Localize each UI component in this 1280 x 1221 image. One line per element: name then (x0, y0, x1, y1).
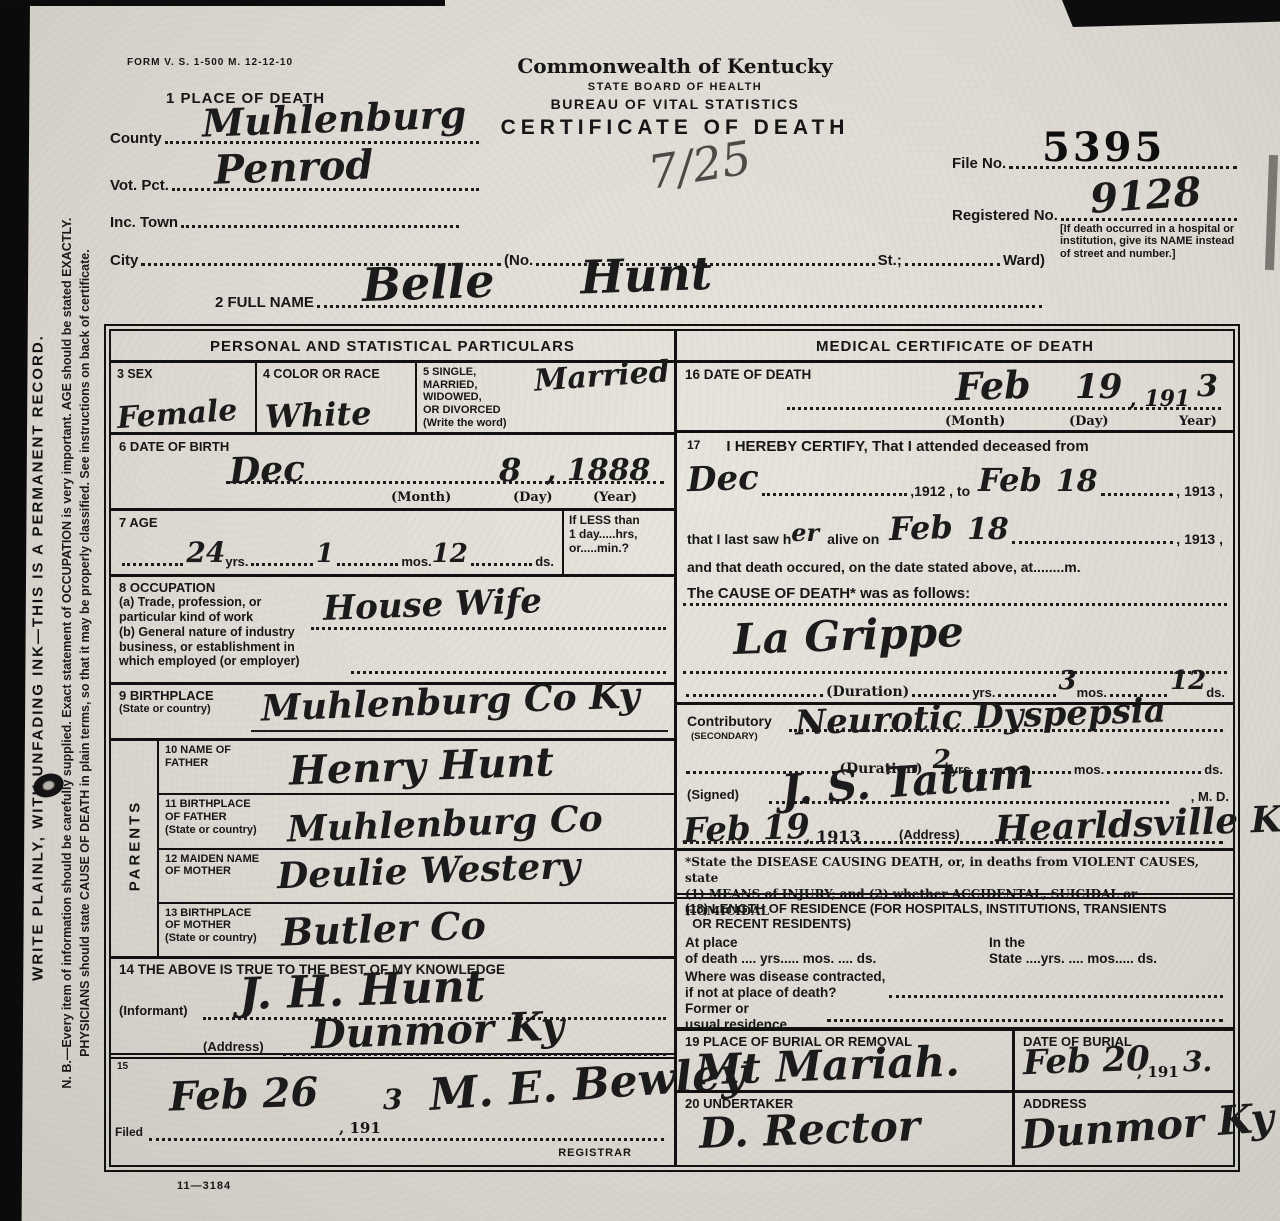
residence-former: Former or usual residence (685, 1001, 787, 1033)
race-cell: 4 COLOR OR RACE White (257, 363, 417, 432)
registered-no-label: Registered No. (952, 207, 1058, 224)
scan-blob-top-right (1062, 0, 1280, 27)
dod-year-sublabel: Year) (1179, 414, 1217, 429)
age-days-value: 12 (432, 539, 468, 569)
bureau-title: BUREAU OF VITAL STATISTICS (440, 96, 910, 112)
attended-to-month: Feb (978, 461, 1042, 499)
duration-2-ds-label: ds. (1204, 762, 1223, 777)
filed-section: 15 Filed Feb 26 , 191 3 M. E. Bewley REG… (111, 1059, 674, 1165)
undertaker-cell: 20 UNDERTAKER D. Rector (677, 1093, 1015, 1165)
age-mos-label: mos. (401, 554, 431, 569)
undertaker-value: D. Rector (698, 1101, 920, 1158)
duration-1-ds-value: 12 (1170, 666, 1206, 696)
dod-day-sublabel: (Day) (1069, 414, 1109, 429)
precinct-label: Vot. Pct. (110, 177, 169, 194)
age-section: 7 AGE 24 yrs. 1 mos. 12 ds. If LESS t (111, 511, 674, 577)
father-birthplace-row: 11 BIRTHPLACE OF FATHER (State or countr… (159, 795, 674, 849)
race-label: 4 COLOR OR RACE (263, 367, 409, 382)
duration-1-mos-value: 3 (1059, 666, 1077, 696)
father-name-row: 10 NAME OF FATHER Henry Hunt (159, 741, 674, 795)
scan-edge-top (0, 0, 445, 6)
secondary-label: (SECONDARY) (691, 731, 758, 742)
certify-section: 17 I HEREBY CERTIFY, That I attended dec… (677, 433, 1233, 705)
race-value: White (264, 394, 372, 436)
dob-month-sublabel: (Month) (391, 490, 451, 505)
last-saw-hand: er (791, 518, 819, 547)
father-name-value: Henry Hunt (288, 738, 554, 794)
informant-label: (Informant) (119, 1003, 188, 1018)
header-center-block: Commonwealth of Kentucky STATE BOARD OF … (440, 54, 910, 140)
age-lead-3 (337, 563, 398, 566)
occupation-b-fill-line (351, 671, 666, 674)
sign-date-value: Feb 19 (682, 807, 810, 851)
birthplace-fill-line (251, 730, 668, 732)
parents-section: PARENTS 10 NAME OF FATHER Henry Hunt 11 … (111, 741, 674, 959)
personal-section-title: PERSONAL AND STATISTICAL PARTICULARS (111, 331, 674, 363)
birthplace-section: 9 BIRTHPLACE (State or country) Muhlenbu… (111, 685, 674, 741)
age-main-cell: 7 AGE 24 yrs. 1 mos. 12 ds. (111, 511, 564, 574)
occupation-a-fill-line (311, 627, 666, 630)
city-ward-label: Ward) (1003, 252, 1045, 269)
residence-contracted-fill (889, 995, 1223, 998)
last-saw-pre: that I last saw h (687, 531, 791, 547)
dob-month-value: Dec (228, 448, 305, 493)
age-ds-label: ds. (535, 554, 554, 569)
certify-lead-3 (1012, 541, 1174, 544)
last-saw-day: 18 (967, 512, 1009, 547)
parents-rows: 10 NAME OF FATHER Henry Hunt 11 BIRTHPLA… (159, 741, 674, 956)
date-of-birth-section: 6 DATE OF BIRTH Dec 8 , 1888 (Month) (Da… (111, 435, 674, 511)
last-saw-year: , 1913 , (1176, 531, 1223, 547)
filed-label: Filed (115, 1125, 143, 1139)
undertaker-row: 20 UNDERTAKER D. Rector ADDRESS Dunmor K… (677, 1093, 1233, 1165)
medical-column: MEDICAL CERTIFICATE OF DEATH 16 DATE OF … (677, 331, 1233, 1165)
form-code: 11—3184 (177, 1180, 231, 1192)
undertaker-address-cell: ADDRESS Dunmor Ky (1015, 1093, 1233, 1165)
informant-address-label: (Address) (203, 1039, 264, 1054)
sex-cell: 3 SEX Female (111, 363, 257, 432)
dob-day-sublabel: (Day) (513, 490, 553, 505)
occupation-b-label: (b) General nature of industry business,… (119, 625, 666, 669)
full-name-label: 2 FULL NAME (215, 294, 314, 311)
age-less-than-note: If LESS than 1 day.....hrs, or.....min.? (564, 511, 674, 574)
dob-day-value: 8 (499, 451, 521, 489)
margin-nb-line2: PHYSICIANS should state CAUSE OF DEATH i… (76, 123, 94, 1183)
filed-year-print: , 191 (339, 1119, 381, 1137)
dod-year-print: , 191 (1129, 386, 1190, 412)
footnote-line-1: *State the DISEASE CAUSING DEATH, or, in… (685, 854, 1225, 886)
sex-label: 3 SEX (117, 367, 249, 382)
informant-statement-section: 14 THE ABOVE IS TRUE TO THE BEST OF MY K… (111, 959, 674, 1059)
attended-to-year: , 1913 , (1176, 483, 1223, 499)
residence-contracted: Where was disease contracted, if not at … (685, 969, 885, 1001)
dod-month-sublabel: (Month) (945, 414, 1005, 429)
age-lead-1 (122, 563, 183, 566)
sign-address-label: (Address) (899, 827, 960, 842)
residence-former-fill (827, 1019, 1223, 1022)
dod-month-value: Feb (954, 362, 1031, 410)
sex-value: Female (116, 393, 239, 436)
file-no-label: File No. (952, 155, 1006, 172)
residence-at-place: At place of death .... yrs..... mos. ...… (685, 935, 876, 967)
last-saw-month: Feb (889, 508, 954, 548)
death-certificate-scan: WRITE PLAINLY, WITH UNFADING INK—THIS IS… (0, 0, 1280, 1221)
dod-year-digit: 3 (1197, 369, 1218, 404)
county-label: County (110, 130, 162, 147)
certify-line-2: Dec ,1912 , to Feb 18 , 1913 , (687, 459, 1223, 499)
city-ward-fill-line (905, 263, 1000, 266)
parents-vertical-label: PARENTS (127, 784, 144, 908)
hospital-note: [If death occurred in a hospital or inst… (1060, 223, 1242, 260)
residence-in-state: In the State ....yrs. .... mos..... ds. (989, 935, 1157, 967)
marital-cell: 5 SINGLE, MARRIED, WIDOWED, OR DIVORCED … (417, 363, 674, 432)
duration-1-lead-2 (912, 694, 969, 697)
cause-of-death-line: The CAUSE OF DEATH* was as follows: (687, 585, 1223, 602)
age-lead-4 (471, 563, 532, 566)
occupation-section: 8 OCCUPATION (a) Trade, profession, or p… (111, 577, 674, 685)
attended-from-year: ,1912 , to (910, 483, 970, 499)
mother-name-row: 12 MAIDEN NAME OF MOTHER Deulie Westery (159, 850, 674, 904)
burial-place-cell: 19 PLACE OF BURIAL OR REMOVAL Mt Mariah. (677, 1031, 1015, 1090)
age-value-line: 24 yrs. 1 mos. 12 ds. (119, 536, 554, 569)
certify-lead-1 (762, 493, 907, 496)
age-years-value: 24 (186, 536, 225, 569)
duration-2-lead-3 (1107, 771, 1201, 774)
cause-value: La Grippe (732, 607, 964, 664)
footnote-section: *State the DISEASE CAUSING DEATH, or, in… (677, 851, 1233, 899)
dob-year-sublabel: (Year) (593, 490, 637, 505)
parents-strip: PARENTS (111, 741, 159, 956)
certify-number: 17 (687, 438, 700, 452)
last-saw-mid: alive on (827, 531, 879, 547)
precinct-value: Penrod (213, 141, 374, 194)
sign-fill-line (683, 841, 1223, 844)
age-label: 7 AGE (119, 515, 554, 530)
margin-warning-text: WRITE PLAINLY, WITH UNFADING INK—THIS IS… (30, 178, 47, 1138)
file-no-value: 5395 (1042, 124, 1165, 171)
county-value: Muhlenburg (201, 91, 467, 145)
mother-birthplace-row: 13 BIRTHPLACE OF MOTHER (State or countr… (159, 904, 674, 956)
burial-place-value: Mt Mariah. (694, 1036, 960, 1094)
informant-address-value: Dunmor Ky (310, 1003, 565, 1059)
city-st-label: St.; (878, 252, 902, 269)
burial-year-digit: 3. (1183, 1045, 1212, 1078)
residence-title: (18) LENGTH OF RESIDENCE (FOR HOSPITALS,… (685, 901, 1225, 932)
attended-to-day: 18 (1056, 464, 1098, 499)
scan-edge-left (0, 0, 30, 1221)
personal-column: PERSONAL AND STATISTICAL PARTICULARS 3 S… (111, 331, 677, 1165)
burial-date-cell: DATE OF BURIAL Feb 20 , 191 3. (1015, 1031, 1233, 1090)
filed-year-digit: 3 (383, 1083, 402, 1116)
attended-from-month: Dec (686, 458, 759, 500)
registrar-label: REGISTRAR (558, 1147, 632, 1159)
contributory-label: Contributory (687, 713, 772, 729)
residence-section: (18) LENGTH OF RESIDENCE (FOR HOSPITALS,… (677, 899, 1233, 1031)
margin-nb-text: N. B.—Every item of information should b… (58, 123, 94, 1183)
date-of-death-section: 16 DATE OF DEATH Feb 19 , 191 3 (Month) … (677, 363, 1233, 433)
sex-race-marital-row: 3 SEX Female 4 COLOR OR RACE White 5 SIN… (111, 363, 674, 435)
certify-line-1: 17 I HEREBY CERTIFY, That I attended dec… (687, 438, 1223, 455)
form-number: FORM V. S. 1-500 M. 12-12-10 (127, 57, 293, 68)
city-label: City (110, 252, 138, 269)
signed-label: (Signed) (687, 787, 739, 802)
certificate-title: CERTIFICATE OF DEATH (440, 116, 910, 140)
age-yrs-label: yrs. (225, 554, 248, 569)
age-lead-2 (251, 563, 312, 566)
registered-no-value: 9128 (1088, 168, 1202, 223)
inc-town-line: Inc. Town (110, 214, 462, 231)
commonwealth-title: Commonwealth of Kentucky (440, 54, 910, 78)
scan-mark-right (1265, 155, 1278, 270)
mother-birthplace-value: Butler Co (280, 902, 486, 954)
death-occured-line: and that death occured, on the date stat… (687, 559, 1223, 575)
duration-1-lead-1 (686, 694, 823, 697)
burial-date-value: Feb 20 (1022, 1039, 1150, 1083)
contributory-section: Contributory (SECONDARY) Neurotic Dyspep… (677, 705, 1233, 851)
margin-nb-line1: N. B.—Every item of information should b… (58, 123, 76, 1183)
duration-1-ds-label: ds. (1206, 685, 1225, 700)
duration-1-label: (Duration) (826, 684, 909, 700)
medical-section-title: MEDICAL CERTIFICATE OF DEATH (677, 331, 1233, 363)
certificate-body: PERSONAL AND STATISTICAL PARTICULARS 3 S… (104, 324, 1240, 1172)
certify-lead-2 (1101, 493, 1174, 496)
pencil-annotation: 7/25 (644, 130, 754, 199)
inc-town-fill-line (181, 225, 459, 228)
burial-year-print: , 191 (1137, 1063, 1179, 1081)
state-board-title: STATE BOARD OF HEALTH (440, 81, 910, 93)
filed-fill-line (149, 1138, 664, 1141)
age-months-value: 1 (316, 539, 334, 569)
dob-year-value: , 1888 (546, 453, 650, 488)
dod-day-value: 19 (1075, 367, 1122, 407)
inc-town-label: Inc. Town (110, 214, 178, 231)
duration-2-mos-label: mos. (1074, 762, 1104, 777)
occupation-a-value: House Wife (322, 581, 542, 629)
burial-row: 19 PLACE OF BURIAL OR REMOVAL Mt Mariah.… (677, 1031, 1233, 1093)
certify-line-3: that I last saw h er alive on Feb 18 , 1… (687, 509, 1223, 547)
cause-fill-line-1 (683, 603, 1227, 606)
certify-text: I HEREBY CERTIFY, That I attended deceas… (726, 438, 1088, 455)
filed-date-value: Feb 26 (168, 1068, 319, 1120)
